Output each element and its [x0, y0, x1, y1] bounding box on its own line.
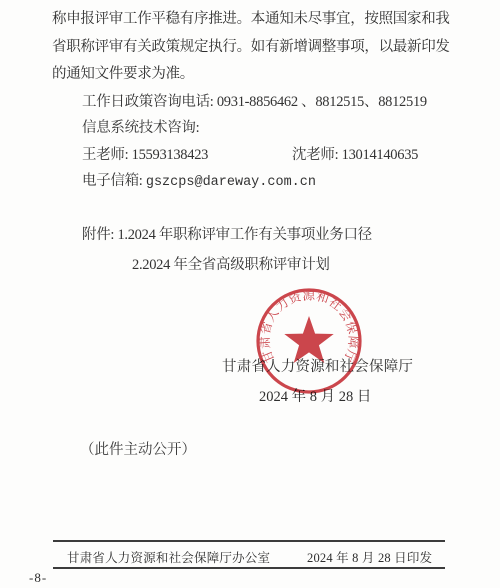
seal-ring — [258, 290, 360, 392]
issue-date: 2024 年 8 月 28 日 — [259, 385, 371, 406]
seal-arc-text: 甘肃省人力资源和社会保障厅 — [257, 288, 362, 365]
footer-office: 甘肃省人力资源和社会保障厅办公室 — [67, 548, 270, 566]
paragraph-line-2: 省职称评审有关政策规定执行。如有新增调整事项，以最新印发 — [52, 35, 450, 56]
official-seal: 甘肃省人力资源和社会保障厅 — [252, 284, 366, 398]
disclosure-note: （此件主动公开） — [80, 438, 196, 459]
email-address: gszcps@dareway.com.cn — [146, 175, 316, 190]
attachment-line-1: 附件: 1.2024 年职称评审工作有关事项业务口径 — [82, 223, 372, 244]
phone-contact-line: 工作日政策咨询电话: 0931-8856462 、8812515、8812519 — [82, 90, 427, 111]
page-number: -8- — [29, 570, 47, 586]
email-label: 电子信箱: — [82, 173, 146, 189]
attachment-line-2: 2.2024 年全省高级职称评审计划 — [132, 253, 330, 274]
footer-bottom-rule — [53, 567, 445, 569]
paragraph-line-1: 称申报评审工作平稳有序推进。本通知未尽事宜，按照国家和我 — [52, 7, 450, 28]
seal-arc-text-holder: 甘肃省人力资源和社会保障厅 — [257, 288, 362, 365]
footer-print-date: 2024 年 8 月 28 日印发 — [307, 548, 432, 566]
document-page: 称申报评审工作平稳有序推进。本通知未尽事宜，按照国家和我 省职称评审有关政策规定… — [0, 0, 500, 588]
official-seal-icon: 甘肃省人力资源和社会保障厅 — [252, 284, 366, 398]
email-line: 电子信箱: gszcps@dareway.com.cn — [82, 169, 316, 190]
footer-top-rule — [53, 540, 445, 542]
teacher-wang-contact: 王老师: 15593138423 — [82, 143, 208, 164]
issuing-agency-signature: 甘肃省人力资源和社会保障厅 — [222, 355, 413, 376]
teacher-shen-contact: 沈老师: 13014140635 — [292, 143, 418, 164]
paragraph-line-3: 的通知文件要求为准。 — [52, 62, 194, 83]
tech-support-line: 信息系统技术咨询: — [82, 116, 199, 137]
